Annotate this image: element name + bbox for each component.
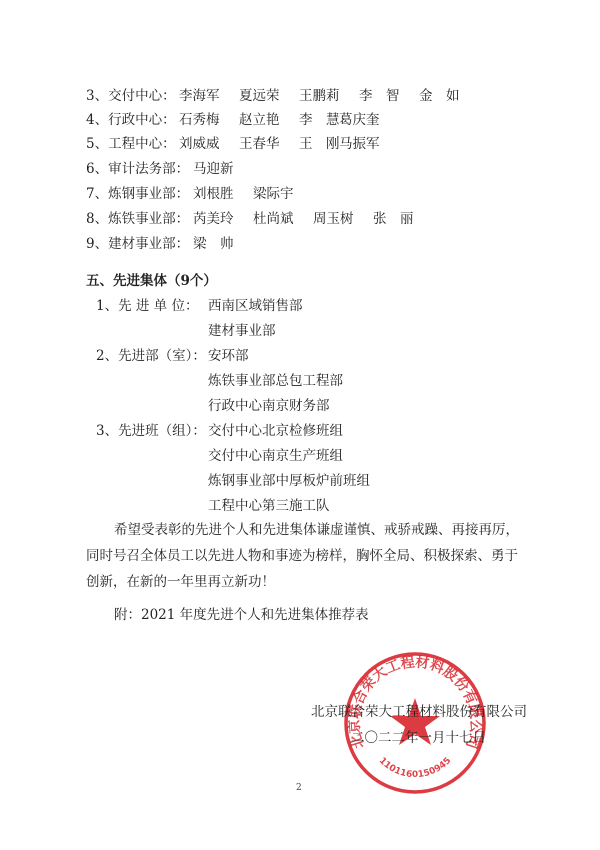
svg-text:1101160150945: 1101160150945 <box>377 756 454 780</box>
group-label: 3、先进班（组）： <box>96 422 206 440</box>
signature-date: 二〇二二年一月十七日 <box>351 726 486 746</box>
person-name: 葛庆奎 <box>339 111 380 129</box>
company-seal-icon: 北京联合荣大工程材料股份有限公司 1101160150945 <box>342 650 488 796</box>
person-name: 李 智 <box>359 87 400 105</box>
person-name: 刘根胜 <box>193 185 234 203</box>
person-name: 王春华 <box>239 135 280 153</box>
person-name: 李 慧 <box>299 111 340 129</box>
group-item: 炼钢事业部中厚板炉前班组 <box>208 472 370 490</box>
person-name: 梁际宇 <box>253 185 294 203</box>
person-name: 杜尚斌 <box>253 210 294 228</box>
person-name: 张 丽 <box>373 210 414 228</box>
person-name: 夏远荣 <box>239 87 280 105</box>
seal-number: 1101160150945 <box>377 756 454 780</box>
individuals-row-8: 8、炼铁事业部： 芮美玲 杜尚斌 周玉树 张 丽 <box>86 210 189 228</box>
group-label: 1、先 进 单 位： <box>96 297 198 315</box>
group-item: 交付中心北京检修班组 <box>208 422 343 440</box>
person-name: 马振军 <box>339 135 380 153</box>
person-name: 芮美玲 <box>193 210 234 228</box>
person-name: 赵立艳 <box>239 111 280 129</box>
individuals-row-6: 6、审计法务部： 马迎新 <box>86 160 189 178</box>
person-name: 刘威威 <box>179 135 220 153</box>
individuals-row-7: 7、炼钢事业部： 刘根胜 梁际宇 <box>86 185 189 203</box>
person-name: 李海军 <box>179 87 220 105</box>
group-item: 建材事业部 <box>208 322 276 340</box>
group-item: 行政中心南京财务部 <box>208 397 330 415</box>
individuals-row-5: 5、工程中心： 刘威威 王春华 王 刚 马振军 <box>86 135 176 153</box>
group-item: 交付中心南京生产班组 <box>208 447 343 465</box>
person-name: 马迎新 <box>193 160 234 178</box>
department-label: 5、工程中心： <box>86 135 176 153</box>
department-label: 9、建材事业部： <box>86 235 189 253</box>
person-name: 梁 帅 <box>193 235 234 253</box>
department-label: 8、炼铁事业部： <box>86 210 189 228</box>
page-number: 2 <box>296 783 302 793</box>
group-item: 安环部 <box>208 347 249 365</box>
person-name: 金 如 <box>419 87 460 105</box>
document-page: 3、交付中心： 李海军 夏远荣 王鹏莉 李 智 金 如 4、行政中心： 石秀梅 … <box>0 0 600 850</box>
section-title: 五、先进集体（9个） <box>86 272 217 290</box>
department-label: 7、炼钢事业部： <box>86 185 189 203</box>
signature-company: 北京联合荣大工程材料股份有限公司 <box>311 700 527 720</box>
individuals-row-3: 3、交付中心： 李海军 夏远荣 王鹏莉 李 智 金 如 <box>86 87 176 105</box>
department-label: 6、审计法务部： <box>86 160 189 178</box>
closing-paragraph: 希望受表彰的先进个人和先进集体谦虚谨慎、戒骄戒躁、再接再厉，同时号召全体员工以先… <box>86 517 526 595</box>
person-name: 王鹏莉 <box>299 87 340 105</box>
person-name: 周玉树 <box>313 210 354 228</box>
attachment-note: 附：2021 年度先进个人和先进集体推荐表 <box>114 606 369 624</box>
group-item: 工程中心第三施工队 <box>208 497 330 515</box>
department-label: 3、交付中心： <box>86 87 176 105</box>
group-item: 西南区域销售部 <box>208 297 303 315</box>
group-label: 2、先进部（室）： <box>96 347 206 365</box>
person-name: 王 刚 <box>299 135 340 153</box>
individuals-row-9: 9、建材事业部： 梁 帅 <box>86 235 189 253</box>
department-label: 4、行政中心： <box>86 111 176 129</box>
group-item: 炼铁事业部总包工程部 <box>208 372 343 390</box>
person-name: 石秀梅 <box>179 111 220 129</box>
individuals-row-4: 4、行政中心： 石秀梅 赵立艳 李 慧 葛庆奎 <box>86 111 176 129</box>
